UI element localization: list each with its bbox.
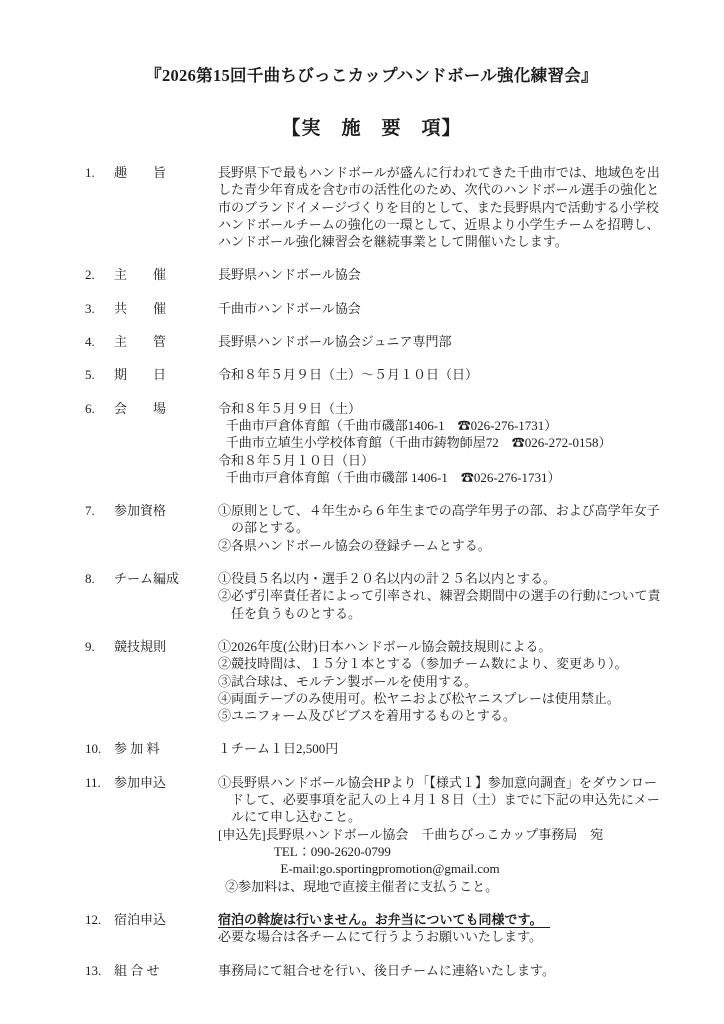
- rule-item: ④両面テープのみ使用可。松ヤニおよび松ヤニスプレーは使用禁止。: [218, 690, 668, 707]
- section-content: 令和８年５月９日（土）～５月１０日（日）: [218, 366, 668, 383]
- section-venues: 6. 会 場 令和８年５月９日（土） 千曲市戸倉体育館（千曲市磯部1406-1 …: [85, 400, 668, 486]
- section-content: 長野県ハンドボール協会: [218, 266, 668, 283]
- eligibility-item: ①原則として、４年生から６年生までの高学年男子の部、および高学年女子の部とする。: [218, 502, 668, 537]
- section-content: 事務局にて組合せを行い、後日チームに連絡いたします。: [218, 962, 668, 979]
- section-content: ①原則として、４年生から６年生までの高学年男子の部、および高学年女子の部とする。…: [218, 502, 668, 554]
- page-title: 『2026第15回千曲ちびっこカップハンドボール強化練習会』: [85, 62, 658, 86]
- rule-item: ①2026年度(公財)日本ハンドボール協会競技規則による。: [218, 638, 668, 655]
- section-label: 参 加 料: [114, 740, 218, 757]
- venue-line: 千曲市立埴生小学校体育館（千曲市鋳物師屋72 ☎026-272-0158）: [218, 434, 668, 451]
- section-organizer: 2. 主 催 長野県ハンドボール協会: [85, 266, 668, 283]
- section-number: 13.: [85, 962, 114, 979]
- section-content: 長野県ハンドボール協会ジュニア専門部: [218, 333, 668, 350]
- section-number: 1.: [85, 164, 114, 181]
- section-label: 共 催: [114, 300, 218, 317]
- administrator-text: 長野県ハンドボール協会ジュニア専門部: [218, 333, 668, 350]
- venue-line: 千曲市戸倉体育館（千曲市磯部1406-1 ☎026-276-1731）: [218, 417, 668, 434]
- section-content: 千曲市ハンドボール協会: [218, 300, 668, 317]
- contact-phone: TEL：090-2620-0799: [218, 843, 668, 860]
- section-label: チーム編成: [114, 570, 218, 587]
- section-number: 5.: [85, 366, 114, 383]
- section-label: 組 合 せ: [114, 962, 218, 979]
- section-lodging: 12. 宿泊申込 宿泊の斡旋は行いません。お弁当についても同様です。 必要な場合…: [85, 911, 668, 946]
- section-number: 7.: [85, 502, 114, 519]
- section-label: 主 催: [114, 266, 218, 283]
- section-content: ①役員５名以内・選手２０名以内の計２５名以内とする。 ②必ず引率責任者によって引…: [218, 570, 668, 622]
- section-label: 宿泊申込: [114, 911, 218, 928]
- lodging-note: 必要な場合は各チームにて行うようお願いいたします。: [218, 928, 668, 945]
- section-label: 趣 旨: [114, 164, 218, 181]
- section-label: 参加資格: [114, 502, 218, 519]
- team-composition-item: ②必ず引率責任者によって引率され、練習会期間中の選手の行動について責任を負うもの…: [218, 587, 668, 622]
- section-entry-fee: 10. 参 加 料 １チーム１日2,500円: [85, 740, 668, 757]
- section-number: 4.: [85, 333, 114, 350]
- section-number: 9.: [85, 638, 114, 655]
- application-item: ①長野県ハンドボール協会HPより「【様式１】参加意向調査」をダウンロードして、必…: [218, 774, 668, 826]
- rule-item: ③試合球は、モルテン製ボールを使用する。: [218, 673, 668, 690]
- co-organizer-text: 千曲市ハンドボール協会: [218, 300, 668, 317]
- venue-date-line: 令和８年５月１０日（日）: [218, 452, 668, 469]
- section-number: 11.: [85, 774, 114, 791]
- venue-line: 千曲市戸倉体育館（千曲市磯部 1406-1 ☎026-276-1731）: [218, 469, 668, 486]
- document-page: 『2026第15回千曲ちびっこカップハンドボール強化練習会』 【実 施 要 項】…: [0, 0, 724, 1024]
- section-number: 2.: [85, 266, 114, 283]
- section-content: 長野県下で最もハンドボールが盛んに行われてきた千曲市では、地域色を出した青少年育…: [218, 164, 668, 250]
- purpose-text: 長野県下で最もハンドボールが盛んに行われてきた千曲市では、地域色を出した青少年育…: [218, 164, 668, 250]
- section-label: 期 日: [114, 366, 218, 383]
- contact-email: E-mail:go.sportingpromotion@gmail.com: [218, 860, 668, 877]
- section-team-composition: 8. チーム編成 ①役員５名以内・選手２０名以内の計２５名以内とする。 ②必ず引…: [85, 570, 668, 622]
- section-eligibility: 7. 参加資格 ①原則として、４年生から６年生までの高学年男子の部、および高学年…: [85, 502, 668, 554]
- section-number: 3.: [85, 300, 114, 317]
- section-number: 10.: [85, 740, 114, 757]
- team-composition-item: ①役員５名以内・選手２０名以内の計２５名以内とする。: [218, 570, 668, 587]
- eligibility-item: ②各県ハンドボール協会の登録チームとする。: [218, 537, 668, 554]
- section-number: 12.: [85, 911, 114, 928]
- section-content: ①2026年度(公財)日本ハンドボール協会競技規則による。 ②競技時間は、１５分…: [218, 638, 668, 724]
- lodging-notice-text: 宿泊の斡旋は行いません。お弁当についても同様です。: [218, 912, 550, 929]
- lodging-notice: 宿泊の斡旋は行いません。お弁当についても同様です。: [218, 911, 668, 929]
- rule-item: ⑤ユニフォーム及びビブスを着用するものとする。: [218, 707, 668, 724]
- section-content: １チーム１日2,500円: [218, 740, 668, 757]
- matchup-text: 事務局にて組合せを行い、後日チームに連絡いたします。: [218, 962, 668, 979]
- section-number: 8.: [85, 570, 114, 587]
- payment-item: ②参加料は、現地で直接主催者に支払うこと。: [225, 878, 668, 895]
- rule-item: ②競技時間は、１５分１本とする（参加チーム数により、変更あり）。: [218, 655, 668, 672]
- section-purpose: 1. 趣 旨 長野県下で最もハンドボールが盛んに行われてきた千曲市では、地域色を…: [85, 164, 668, 250]
- application-contact-line: [申込先]長野県ハンドボール協会 千曲ちびっこカップ事務局 宛: [218, 826, 668, 843]
- section-co-organizer: 3. 共 催 千曲市ハンドボール協会: [85, 300, 668, 317]
- venue-date-line: 令和８年５月９日（土）: [218, 400, 668, 417]
- section-content: 宿泊の斡旋は行いません。お弁当についても同様です。 必要な場合は各チームにて行う…: [218, 911, 668, 946]
- section-application: 11. 参加申込 ①長野県ハンドボール協会HPより「【様式１】参加意向調査」をダ…: [85, 774, 668, 895]
- section-number: 6.: [85, 400, 114, 417]
- section-content: 令和８年５月９日（土） 千曲市戸倉体育館（千曲市磯部1406-1 ☎026-27…: [218, 400, 668, 486]
- section-label: 会 場: [114, 400, 218, 417]
- section-matchups: 13. 組 合 せ 事務局にて組合せを行い、後日チームに連絡いたします。: [85, 962, 668, 979]
- section-content: ①長野県ハンドボール協会HPより「【様式１】参加意向調査」をダウンロードして、必…: [218, 774, 668, 895]
- section-administrator: 4. 主 管 長野県ハンドボール協会ジュニア専門部: [85, 333, 668, 350]
- section-competition-rules: 9. 競技規則 ①2026年度(公財)日本ハンドボール協会競技規則による。 ②競…: [85, 638, 668, 724]
- section-dates: 5. 期 日 令和８年５月９日（土）～５月１０日（日）: [85, 366, 668, 383]
- entry-fee-text: １チーム１日2,500円: [218, 740, 668, 757]
- event-dates-text: 令和８年５月９日（土）～５月１０日（日）: [218, 366, 668, 383]
- section-label: 参加申込: [114, 774, 218, 791]
- organizer-text: 長野県ハンドボール協会: [218, 266, 668, 283]
- doc-heading: 【実 施 要 項】: [85, 113, 658, 140]
- section-label: 主 管: [114, 333, 218, 350]
- section-label: 競技規則: [114, 638, 218, 655]
